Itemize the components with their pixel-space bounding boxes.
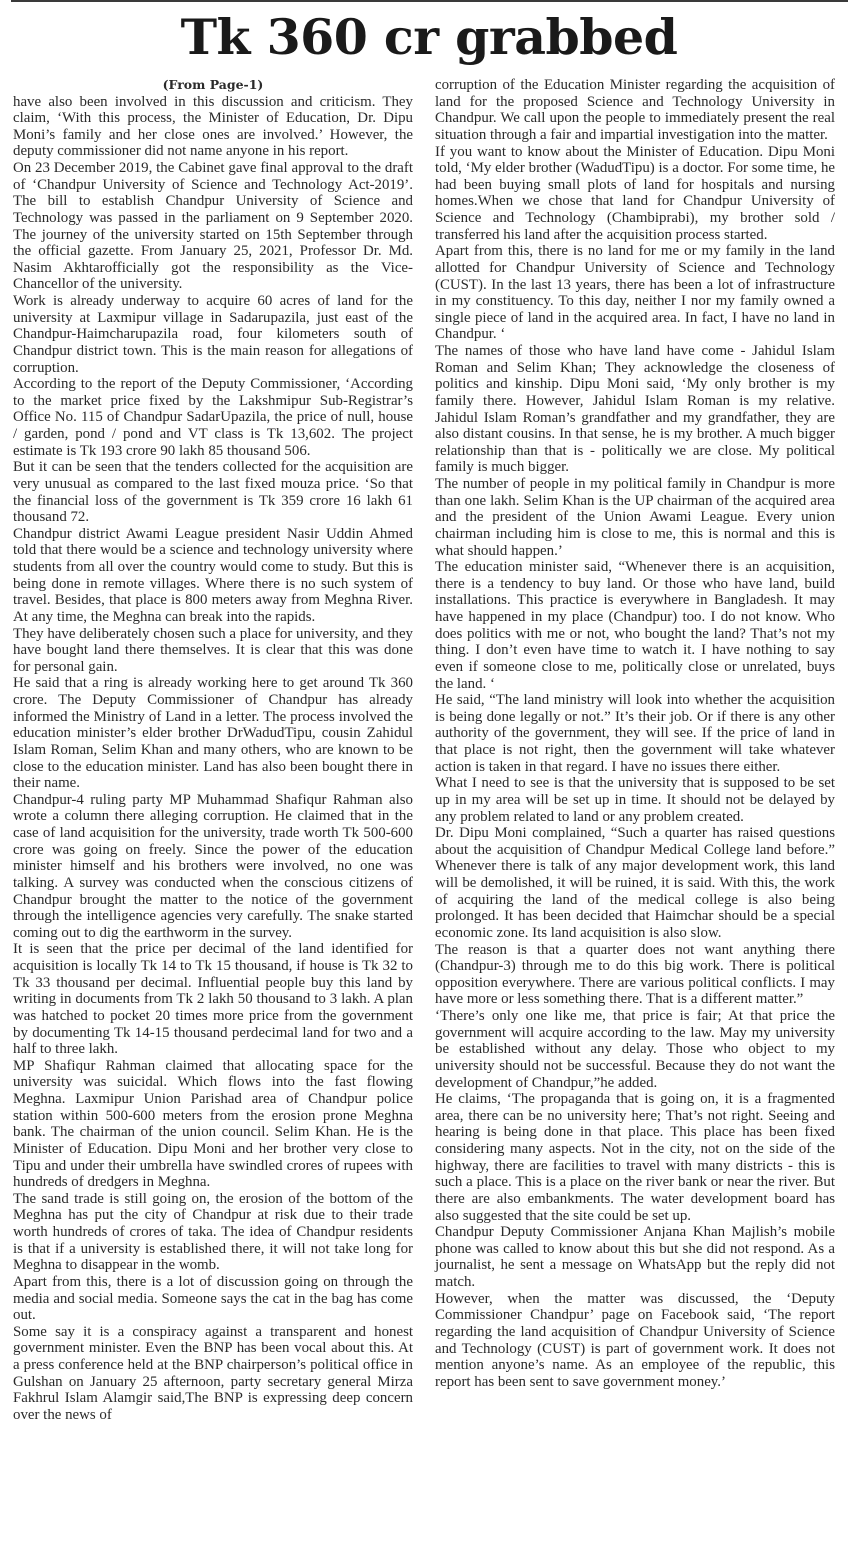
paragraph: Work is already underway to acquire 60 a…	[13, 293, 413, 376]
paragraph: ‘There’s only one like me, that price is…	[435, 1008, 835, 1091]
paragraph: have also been involved in this discussi…	[13, 94, 413, 161]
paragraph: According to the report of the Deputy Co…	[13, 376, 413, 459]
paragraph: However, when the matter was discussed, …	[435, 1291, 835, 1391]
paragraph: But it can be seen that the tenders coll…	[13, 459, 413, 526]
dateline: (From Page-1)	[13, 77, 413, 94]
paragraph: What I need to see is that the universit…	[435, 775, 835, 825]
paragraph: He claims, ‘The propaganda that is going…	[435, 1091, 835, 1224]
paragraph: The names of those who have land have co…	[435, 343, 835, 476]
top-rule-divider	[11, 0, 848, 2]
paragraph: On 23 December 2019, the Cabinet gave fi…	[13, 160, 413, 293]
article-column-right: corruption of the Education Minister reg…	[435, 77, 835, 1390]
paragraph: The number of people in my political fam…	[435, 476, 835, 559]
paragraph: Dr. Dipu Moni complained, “Such a quarte…	[435, 825, 835, 941]
paragraph: Some say it is a conspiracy against a tr…	[13, 1324, 413, 1424]
paragraph: They have deliberately chosen such a pla…	[13, 626, 413, 676]
paragraph: It is seen that the price per decimal of…	[13, 941, 413, 1057]
paragraph: Apart from this, there is no land for me…	[435, 243, 835, 343]
paragraph: corruption of the Education Minister reg…	[435, 77, 835, 144]
paragraph: MP Shafiqur Rahman claimed that allocati…	[13, 1058, 413, 1191]
paragraph: Chandpur district Awami League president…	[13, 526, 413, 626]
paragraph: The sand trade is still going on, the er…	[13, 1191, 413, 1274]
paragraph: He said, “The land ministry will look in…	[435, 692, 835, 775]
paragraph: The reason is that a quarter does not wa…	[435, 942, 835, 1009]
article-column-left: (From Page-1) have also been involved in…	[13, 77, 413, 1424]
paragraph: The education minister said, “Whenever t…	[435, 559, 835, 692]
headline: Tk 360 cr grabbed	[0, 4, 858, 70]
paragraph: If you want to know about the Minister o…	[435, 144, 835, 244]
paragraph: Chandpur Deputy Commissioner Anjana Khan…	[435, 1224, 835, 1291]
paragraph: Apart from this, there is a lot of discu…	[13, 1274, 413, 1324]
paragraph: Chandpur-4 ruling party MP Muhammad Shaf…	[13, 792, 413, 942]
paragraph: He said that a ring is already working h…	[13, 675, 413, 791]
